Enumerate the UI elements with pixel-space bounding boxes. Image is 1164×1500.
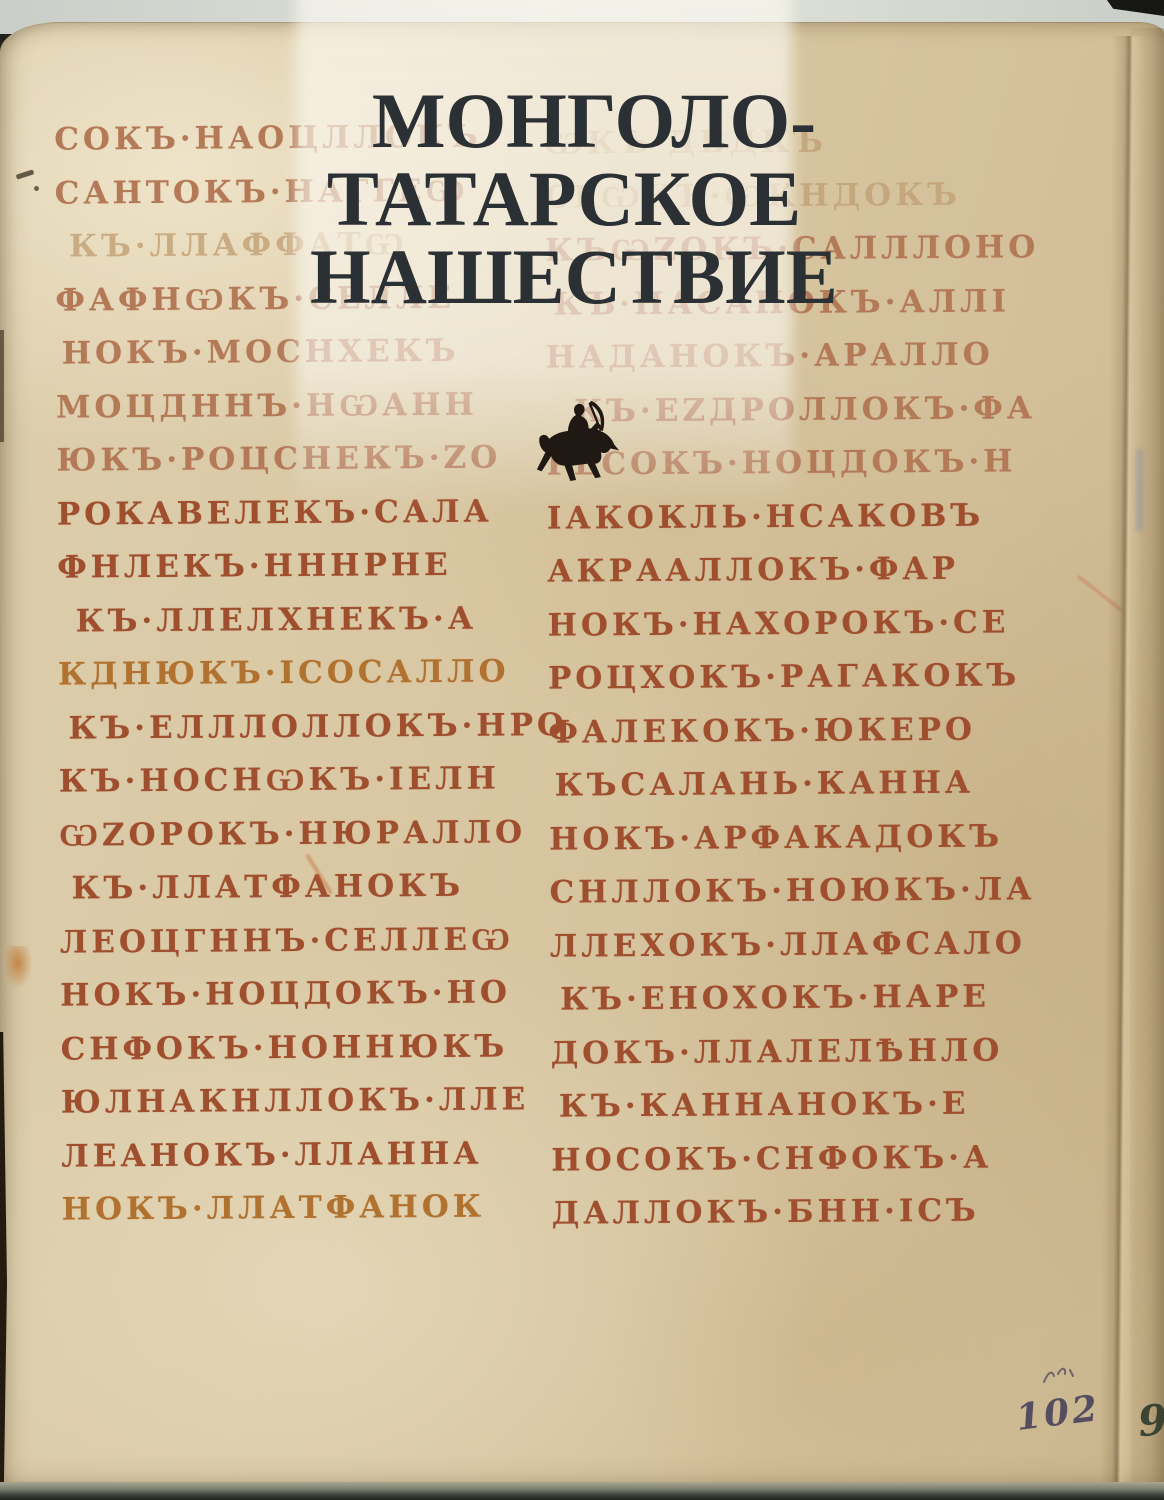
section-title-line: НАШЕСТВИЕ [310,238,810,316]
manuscript-line: НОКЪ·НАХОРОКЪ·СЕ [547,596,1027,653]
manuscript-line: НОКЪ·НОЦДОКЪ·НО [60,966,530,1023]
manuscript-line: ЛЕОЦГННЪ·СЕЛЛЕѠ [60,913,530,970]
manuscript-line: КЪ·ЛЛЕЛХНЕКЪ·А [57,592,527,649]
folio-ink-squiggle [1040,1362,1080,1388]
manuscript-line: ДАЛЛОКЪ·БНН·ІСЪ [552,1184,1032,1241]
margin-dot-mark [34,186,39,191]
manuscript-line: ѠZОРОКЪ·НЮРАЛЛО [59,806,529,863]
horseman-archer-icon [534,389,620,485]
manuscript-line: КЪ·НОСНѠКЪ·ІЕЛН [59,752,529,809]
section-title-line: МОНГОЛО- [344,82,844,160]
manuscript-line: НОКЪ·АРФАКАДОКЪ [549,810,1029,867]
wax-blotch [6,946,32,988]
section-title: МОНГОЛО- ТАТАРСКОЕ НАШЕСТВИЕ [316,82,816,316]
binding-edge-sliver-upper [0,330,4,442]
next-page-digit: 9 [1136,1395,1164,1446]
manuscript-line: СНФОКЪ·НОННЮКЪ [60,1020,530,1077]
manuscript-line: ДОКЪ·ЛЛАЛЕЛѢНЛО [550,1024,1030,1081]
manuscript-line: КЪСАЛАНЬ·КАННА [549,756,1029,813]
manuscript-line: ЛЛЕХОКЪ·ЛЛАФСАЛО [550,917,1030,974]
manuscript-line: ЮЛНАКНЛЛОКЪ·ЛЛЕ [61,1073,531,1130]
manuscript-line: ФАЛЕКОКЪ·ЮКЕРО [548,703,1028,760]
table-edge-strip [0,1482,1164,1500]
manuscript-line: СНЛЛОКЪ·НОЮКЪ·ЛА [549,863,1029,920]
manuscript-line: ФНЛЕКЪ·НННРНЕ [57,538,527,595]
manuscript-line: АКРААЛЛОКЪ·ФАР [547,542,1027,599]
blue-smudge [1136,448,1143,532]
manuscript-line: НОСОКЪ·СНФОКЪ·А [551,1131,1031,1188]
manuscript-line: НОКЪ·ЛЛАТФАНОК [62,1180,532,1237]
manuscript-line: КЪ·ЛЛАТФАНОКЪ [59,859,529,916]
manuscript-line: ЛЕАНОКЪ·ЛЛАННА [61,1127,531,1184]
section-title-line: ТАТАРСКОЕ [314,160,814,238]
manuscript-line: КЪ·ЕЛЛЛОЛЛОКЪ·НРО [58,699,528,756]
manuscript-line: КЪ·КАННАНОКЪ·Е [551,1077,1031,1134]
photographed-manuscript-page: СОКЪ·НАОЦЛЛОКЪ САНТОКЪ·НАГГЕѠ КЪ·ЛЛАФФАТ… [0,0,1164,1500]
manuscript-line: КЪ·ЕНОХОКЪ·НАРЕ [550,970,1030,1027]
manuscript-line: РОЦХОКЪ·РАГАКОКЪ [548,649,1028,706]
manuscript-line: КДНЮКЪ·ІСОСАЛЛО [58,645,528,702]
